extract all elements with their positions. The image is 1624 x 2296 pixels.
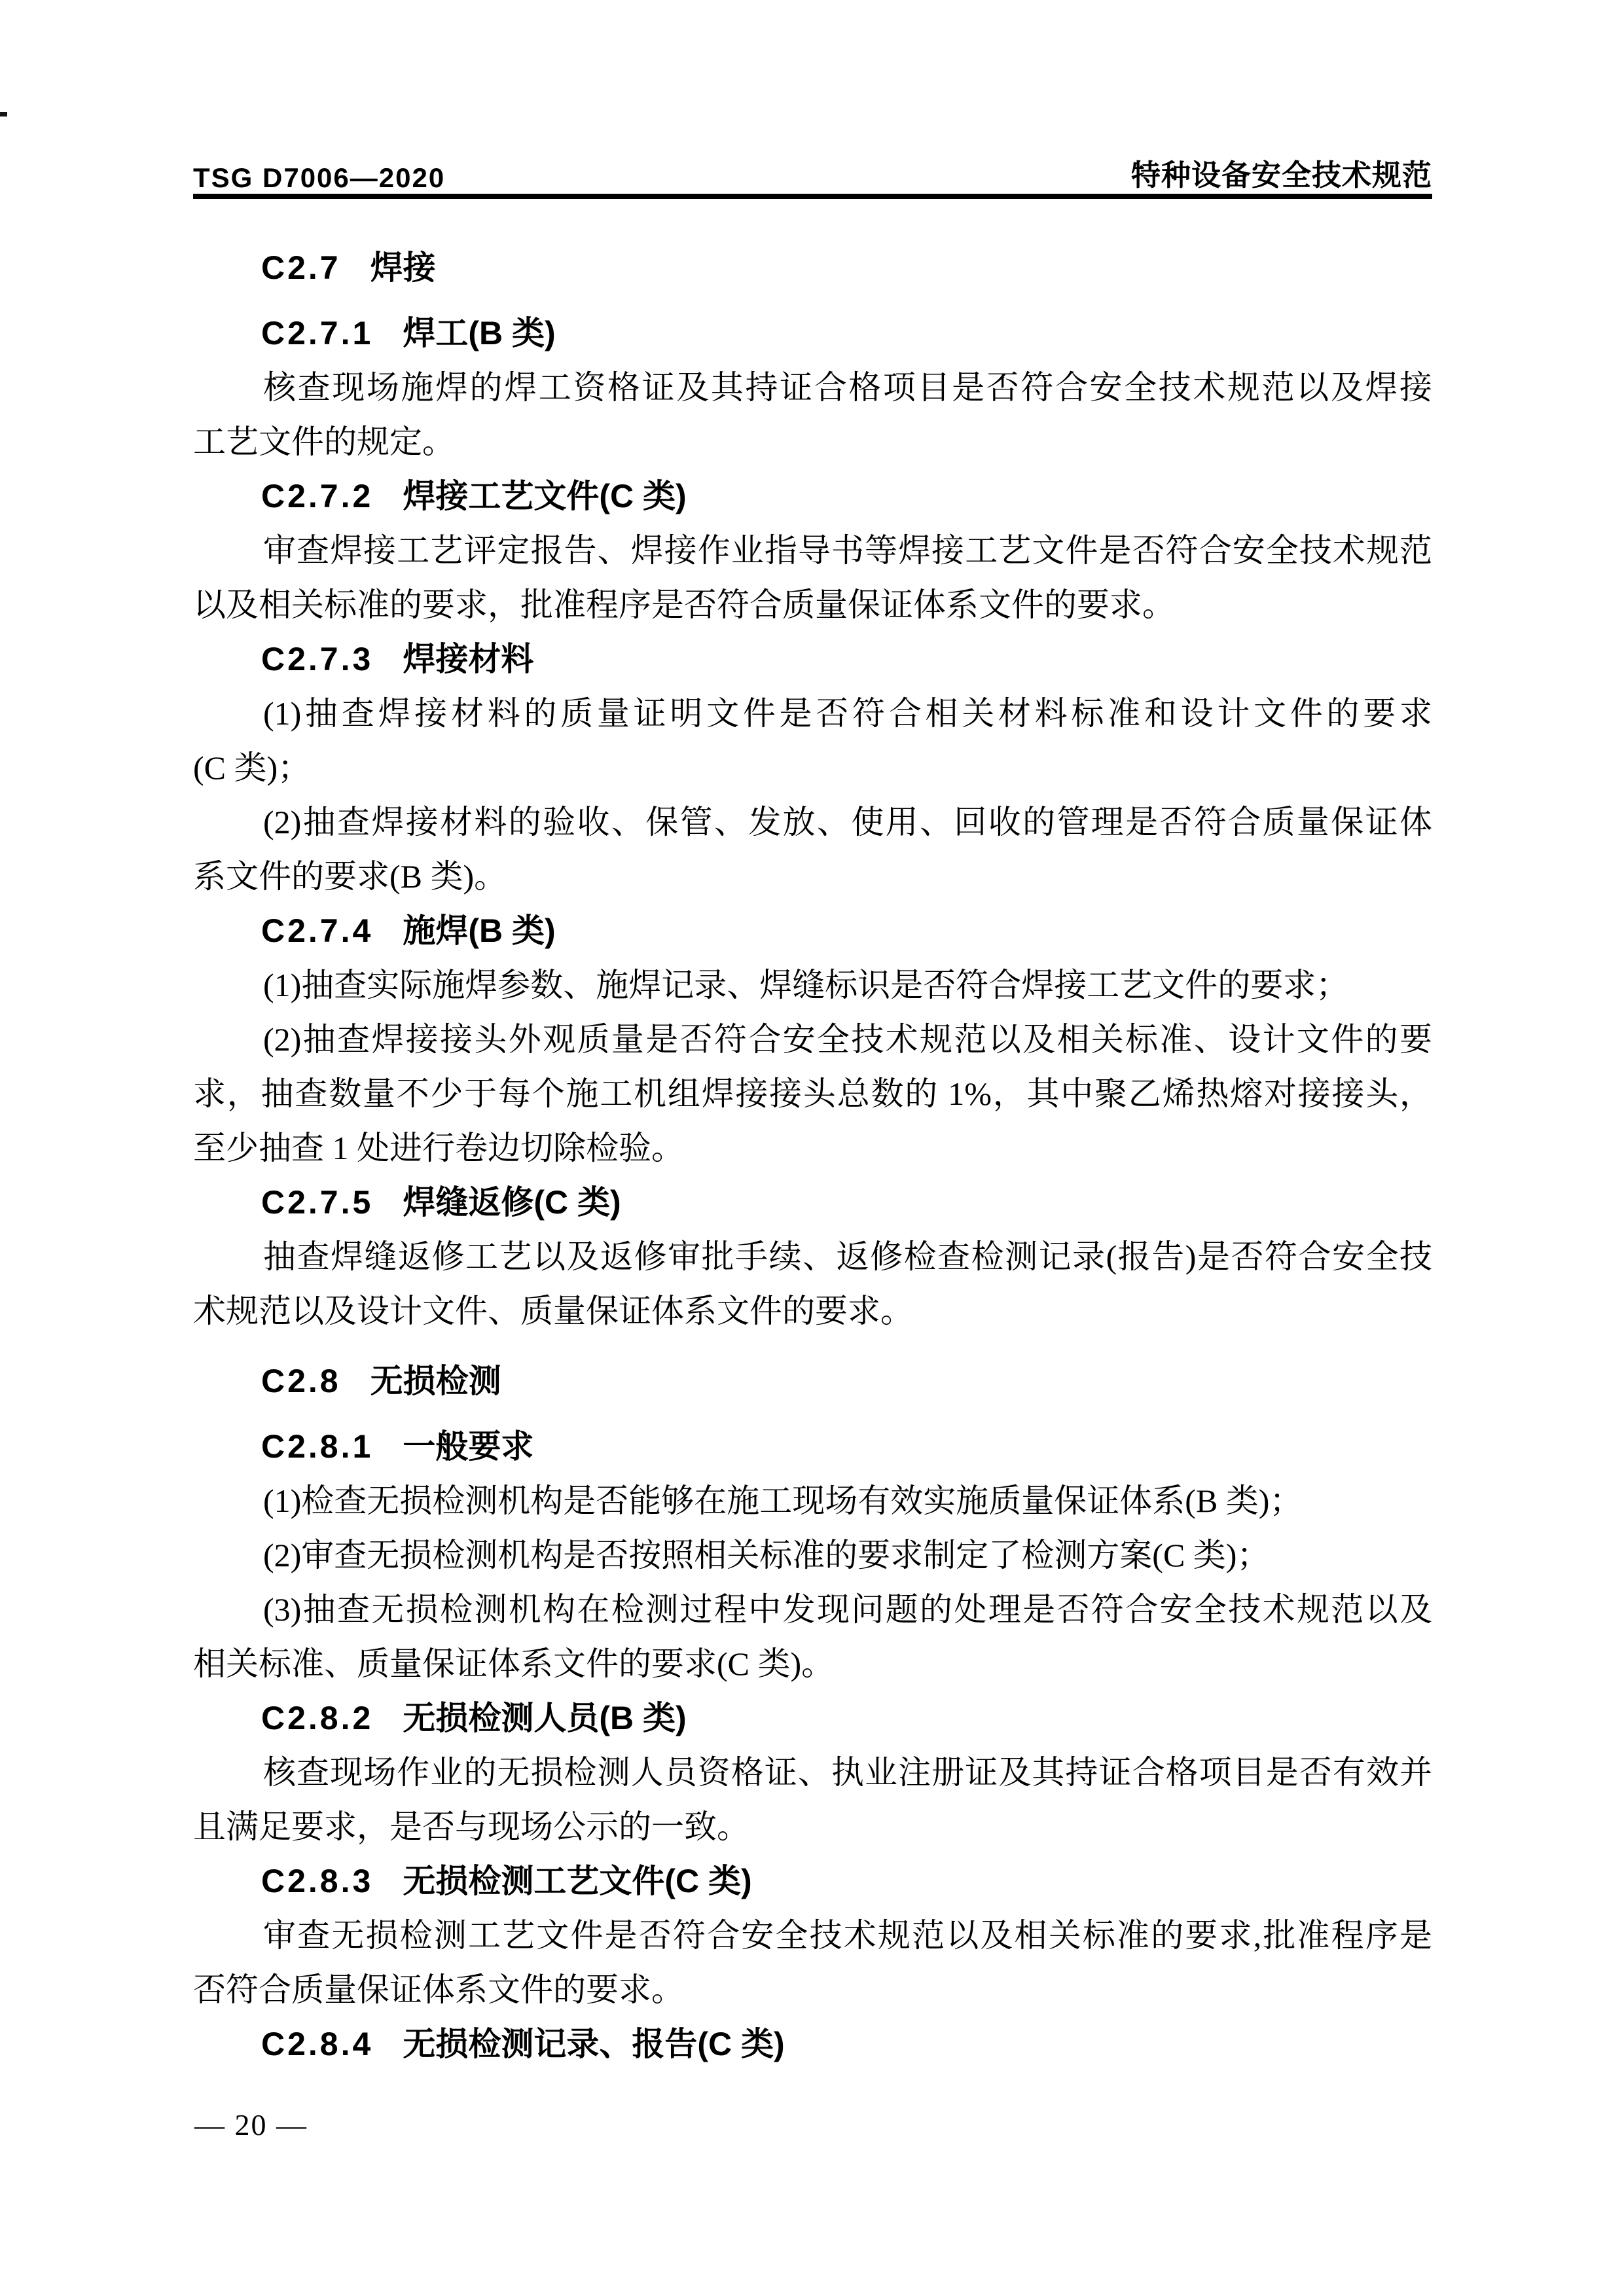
heading-title: 无损检测	[370, 1363, 501, 1399]
subsection-heading: C2.8.2无损检测人员(B 类)	[193, 1691, 1432, 1746]
heading-number: C2.7.2	[261, 478, 373, 514]
heading-title: 无损检测人员(B 类)	[403, 1700, 686, 1736]
paragraph-line: 否符合质量保证体系文件的要求。	[193, 1963, 1432, 2017]
document-body: C2.7焊接C2.7.1焊工(B 类)核查现场施焊的焊工资格证及其持证合格项目是…	[193, 225, 1432, 2072]
heading-number: C2.8.1	[261, 1428, 373, 1465]
paragraph-line: 审查焊接工艺评定报告、焊接作业指导书等焊接工艺文件是否符合安全技术规范	[193, 524, 1432, 578]
subsection-heading: C2.7.2焊接工艺文件(C 类)	[193, 469, 1432, 524]
subsection-heading: C2.7.1焊工(B 类)	[193, 306, 1432, 361]
doc-code: TSG D7006—2020	[193, 162, 445, 194]
heading-number: C2.7.3	[261, 641, 373, 677]
paragraph-line: (2)抽查焊接接头外观质量是否符合安全技术规范以及相关标准、设计文件的要	[193, 1013, 1432, 1067]
heading-number: C2.8.3	[261, 1863, 373, 1899]
scan-mark	[0, 112, 7, 117]
heading-title: 焊接工艺文件(C 类)	[403, 478, 686, 514]
heading-number: C2.7.4	[261, 912, 373, 949]
heading-number: C2.7	[261, 249, 341, 286]
page-header: TSG D7006—2020 特种设备安全技术规范	[193, 153, 1432, 194]
heading-title: 无损检测工艺文件(C 类)	[403, 1863, 751, 1899]
heading-number: C2.8	[261, 1363, 341, 1399]
paragraph-line: 系文件的要求(B 类)。	[193, 850, 1432, 904]
heading-number: C2.8.2	[261, 1700, 373, 1736]
paragraph-line: 审查无损检测工艺文件是否符合安全技术规范以及相关标准的要求,批准程序是	[193, 1909, 1432, 1963]
subsection-heading: C2.7.5焊缝返修(C 类)	[193, 1175, 1432, 1230]
heading-title: 焊接材料	[403, 641, 533, 677]
subsection-heading: C2.8.1一般要求	[193, 1420, 1432, 1474]
paragraph-line: 核查现场作业的无损检测人员资格证、执业注册证及其持证合格项目是否有效并	[193, 1746, 1432, 1800]
heading-title: 焊接	[370, 249, 436, 286]
heading-title: 无损检测记录、报告(C 类)	[403, 2026, 784, 2062]
heading-title: 一般要求	[403, 1428, 533, 1465]
subsection-heading: C2.7.3焊接材料	[193, 632, 1432, 687]
paragraph-line: 以及相关标准的要求，批准程序是否符合质量保证体系文件的要求。	[193, 578, 1432, 632]
page-footer: — 20 —	[194, 2098, 308, 2152]
paragraph-line: 术规范以及设计文件、质量保证体系文件的要求。	[193, 1284, 1432, 1338]
paragraph-line: 核查现场施焊的焊工资格证及其持证合格项目是否符合安全技术规范以及焊接	[193, 361, 1432, 415]
paragraph-line: (2)抽查焊接材料的验收、保管、发放、使用、回收的管理是否符合质量保证体	[193, 795, 1432, 850]
paragraph-line: (3)抽查无损检测机构在检测过程中发现问题的处理是否符合安全技术规范以及	[193, 1583, 1432, 1637]
document-page: TSG D7006—2020 特种设备安全技术规范 C2.7焊接C2.7.1焊工…	[0, 0, 1624, 2296]
paragraph-line: 抽查焊缝返修工艺以及返修审批手续、返修检查检测记录(报告)是否符合安全技	[193, 1230, 1432, 1284]
doc-title: 特种设备安全技术规范	[1131, 151, 1432, 194]
heading-number: C2.8.4	[261, 2026, 373, 2062]
subsection-heading: C2.8.3无损检测工艺文件(C 类)	[193, 1854, 1432, 1909]
paragraph-line: 且满足要求，是否与现场公示的一致。	[193, 1800, 1432, 1854]
heading-number: C2.7.5	[261, 1184, 373, 1221]
subsection-heading: C2.7.4施焊(B 类)	[193, 904, 1432, 958]
paragraph-line: (1)检查无损检测机构是否能够在施工现场有效实施质量保证体系(B 类)；	[193, 1474, 1432, 1528]
heading-title: 施焊(B 类)	[403, 912, 555, 949]
paragraph-line: (1)抽查焊接材料的质量证明文件是否符合相关材料标准和设计文件的要求	[193, 687, 1432, 741]
paragraph-line: (1)抽查实际施焊参数、施焊记录、焊缝标识是否符合焊接工艺文件的要求；	[193, 958, 1432, 1013]
heading-title: 焊缝返修(C 类)	[403, 1184, 621, 1221]
heading-title: 焊工(B 类)	[403, 315, 555, 351]
page-number: — 20 —	[194, 2108, 308, 2142]
paragraph-line: 至少抽查 1 处进行卷边切除检验。	[193, 1121, 1432, 1175]
subsection-heading: C2.8.4无损检测记录、报告(C 类)	[193, 2017, 1432, 2072]
section-heading: C2.8无损检测	[193, 1354, 1432, 1408]
header-rule	[193, 194, 1432, 199]
section-heading: C2.7焊接	[193, 241, 1432, 295]
heading-number: C2.7.1	[261, 315, 373, 351]
paragraph-line: 求，抽查数量不少于每个施工机组焊接接头总数的 1%，其中聚乙烯热熔对接接头，	[193, 1067, 1432, 1121]
paragraph-line: 相关标准、质量保证体系文件的要求(C 类)。	[193, 1637, 1432, 1691]
paragraph-line: (2)审查无损检测机构是否按照相关标准的要求制定了检测方案(C 类)；	[193, 1528, 1432, 1583]
paragraph-line: 工艺文件的规定。	[193, 415, 1432, 469]
paragraph-line: (C 类)；	[193, 741, 1432, 795]
